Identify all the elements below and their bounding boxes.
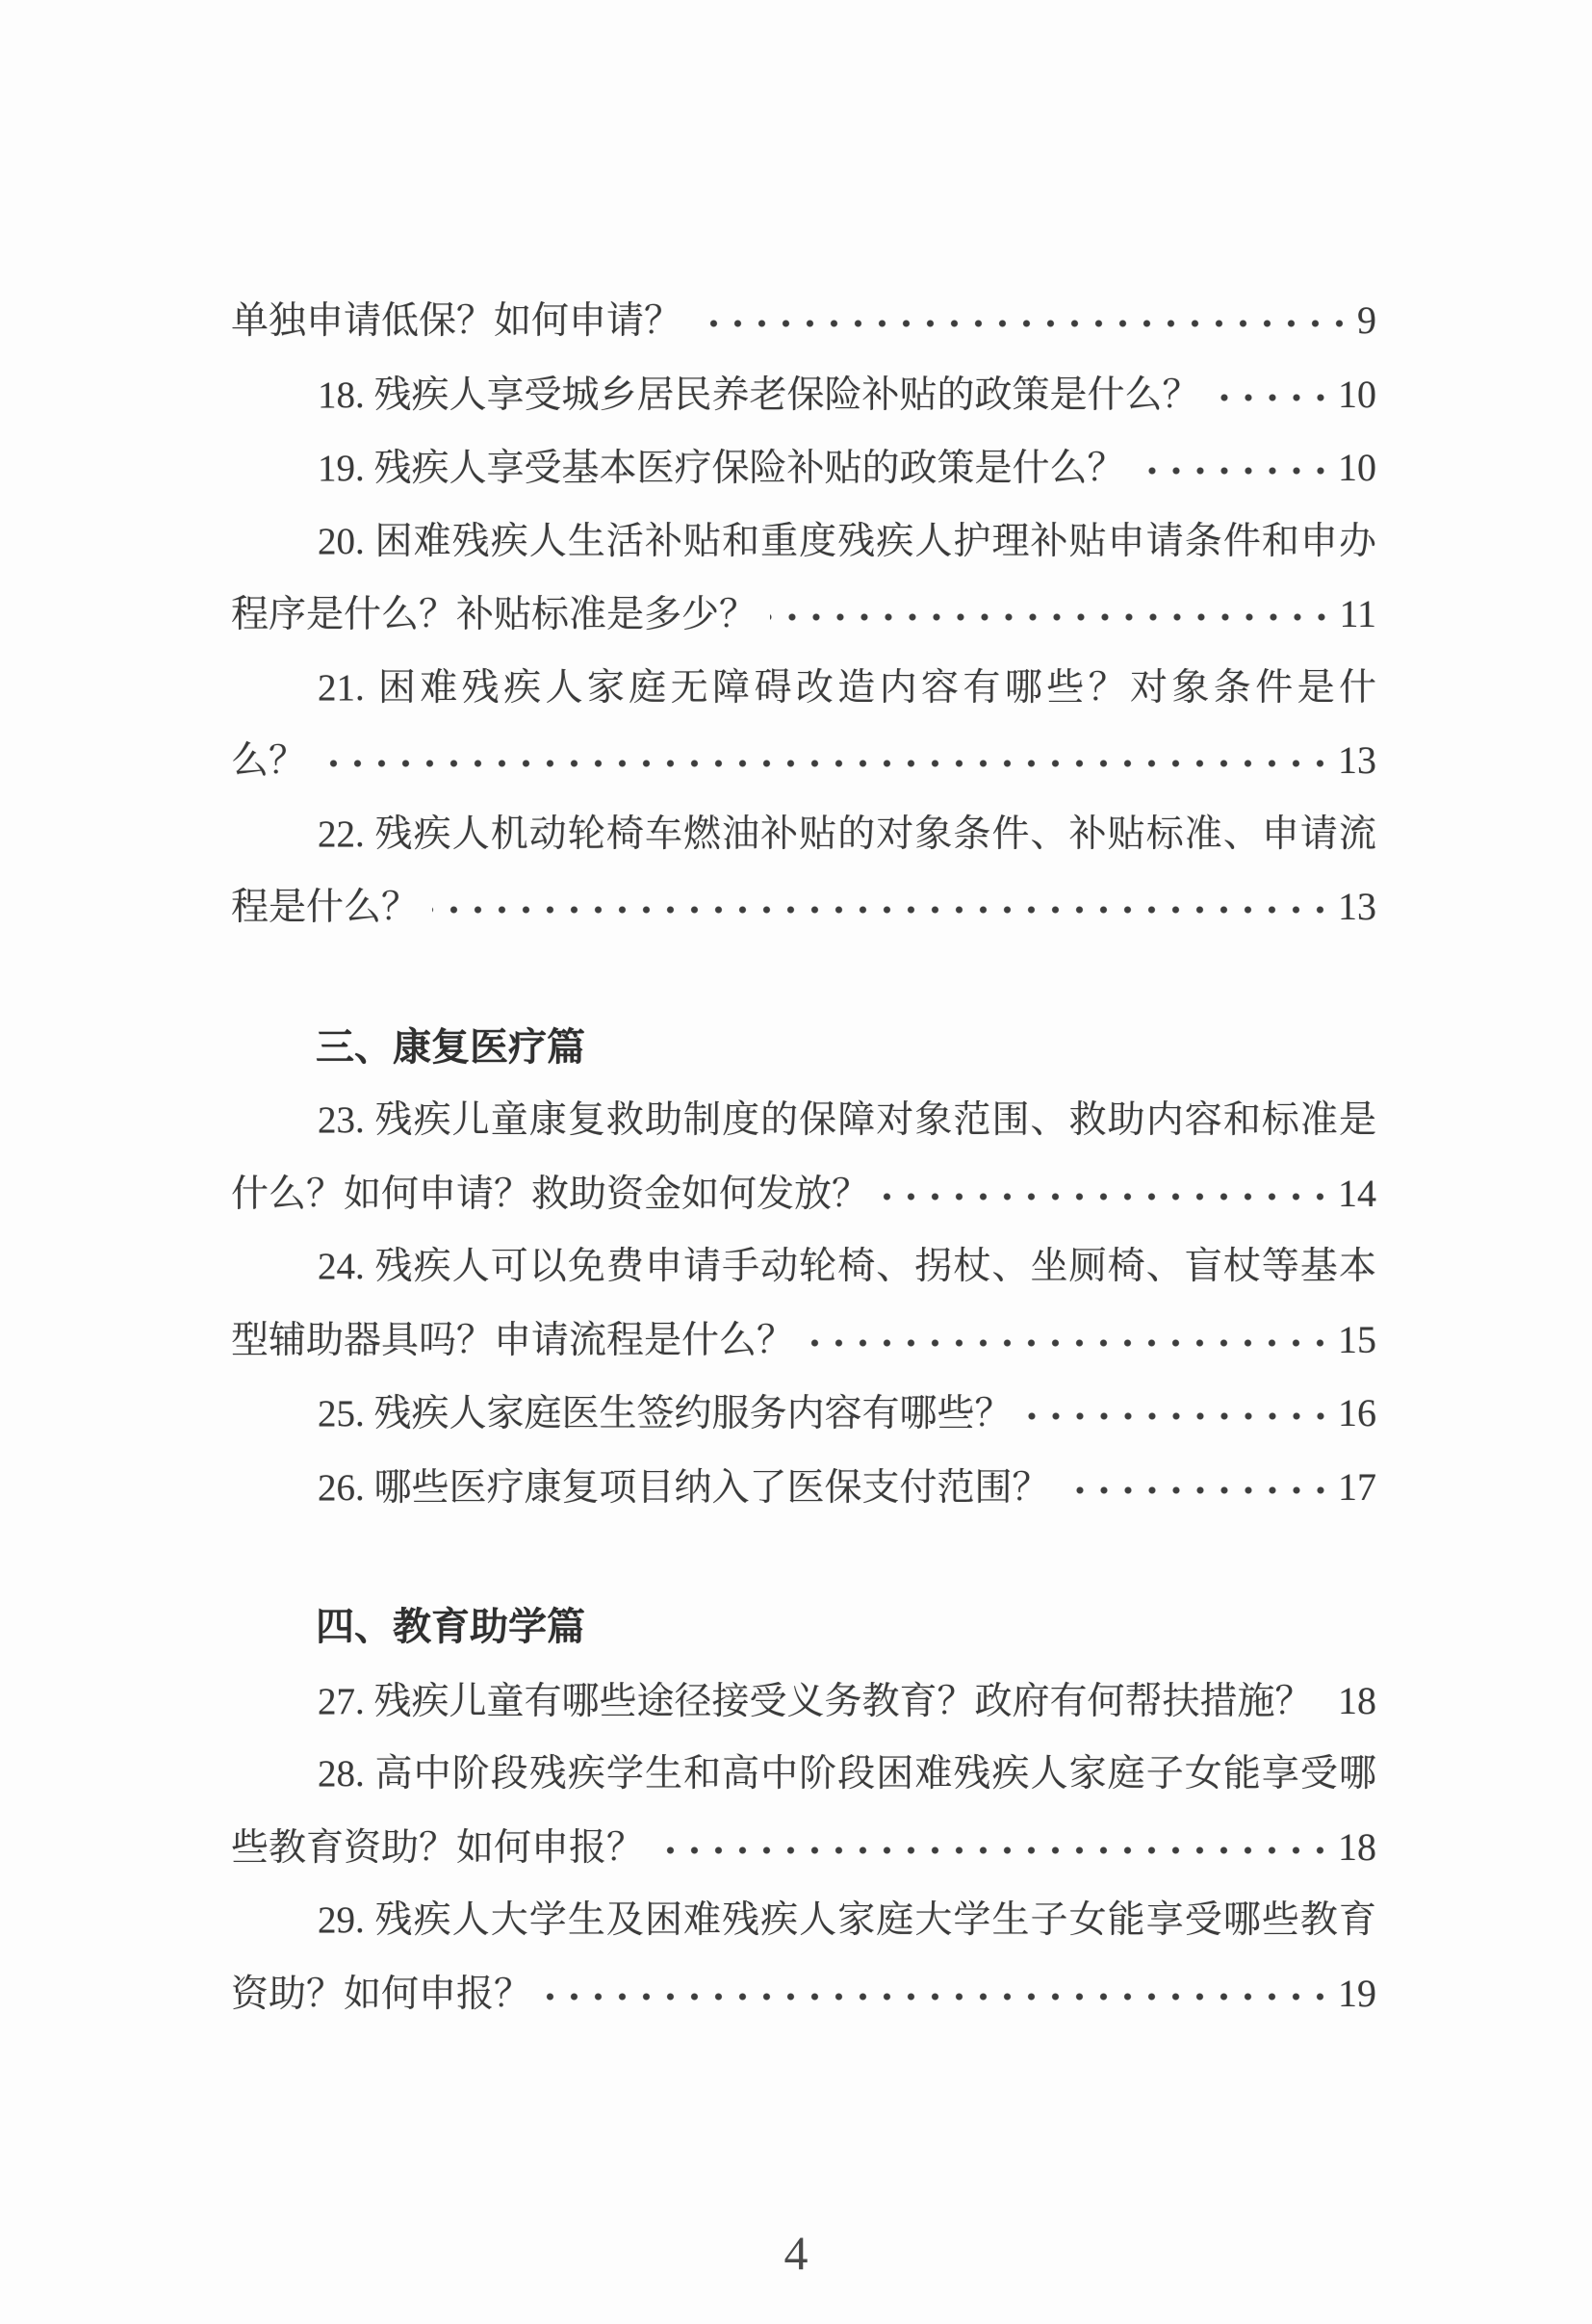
dot-leader-icon: [1214, 393, 1332, 402]
toc-entry: 单独申请低保？如何申请？ 9: [231, 284, 1376, 358]
dot-leader-icon: [320, 759, 1332, 768]
section-title: 四、教育助学篇: [316, 1605, 585, 1649]
toc-entry-text: 程序是什么？补贴标准是多少？: [231, 579, 757, 652]
dot-leader-icon: [1026, 1411, 1332, 1421]
page-ref: 17: [1338, 1451, 1376, 1524]
toc-entry-line: 21. 困难残疾人家庭无障碍改造内容有哪些？对象条件是什: [231, 652, 1376, 725]
toc-entry: 程序是什么？补贴标准是多少？ 11: [231, 578, 1376, 652]
toc-entry: 么？ 13: [231, 724, 1376, 798]
toc-entry-text: 资助？如何申报？: [231, 1958, 531, 2031]
toc-section-header: 三、康复医疗篇: [231, 1012, 1376, 1085]
dot-leader-icon: [1139, 466, 1332, 476]
toc-entry-text: 些教育资助？如何申报？: [231, 1812, 644, 1885]
toc-entry: 25. 残疾人家庭医生签约服务内容有哪些？ 16: [231, 1377, 1376, 1451]
toc-list: 单独申请低保？如何申请？ 9 18. 残疾人享受城乡居民养老保险补贴的政策是什么…: [231, 284, 1376, 2030]
page-ref: 15: [1338, 1304, 1376, 1377]
page-ref: 13: [1338, 724, 1376, 797]
dot-leader-icon: [1064, 1485, 1332, 1495]
toc-entry-line: 28. 高中阶段残疾学生和高中阶段困难残疾人家庭子女能享受哪: [231, 1738, 1376, 1811]
toc-section-header: 四、教育助学篇: [231, 1591, 1376, 1665]
document-page: 单独申请低保？如何申请？ 9 18. 残疾人享受城乡居民养老保险补贴的政策是什么…: [0, 0, 1592, 2324]
toc-entry: 18. 残疾人享受城乡居民养老保险补贴的政策是什么？ 10: [231, 358, 1376, 432]
page-ref: 14: [1338, 1157, 1376, 1230]
dot-leader-icon: [695, 319, 1351, 328]
dot-leader-icon: [432, 905, 1332, 915]
toc-entry-text: 么？: [231, 725, 306, 798]
page-ref: 11: [1339, 578, 1376, 651]
toc-entry-text: 23. 残疾儿童康复救助制度的保障对象范围、救助内容和标准是: [318, 1099, 1376, 1141]
page-ref: 13: [1338, 870, 1376, 943]
page-ref: 18: [1338, 1665, 1376, 1738]
toc-entry: 19. 残疾人享受基本医疗保险补贴的政策是什么？ 10: [231, 431, 1376, 505]
toc-entry-text: 24. 残疾人可以免费申请手动轮椅、拐杖、坐厕椅、盲杖等基本: [318, 1246, 1376, 1287]
dot-leader-icon: [808, 1338, 1332, 1348]
toc-entry-line: 24. 残疾人可以免费申请手动轮椅、拐杖、坐厕椅、盲杖等基本: [231, 1230, 1376, 1304]
toc-entry-text: 21. 困难残疾人家庭无障碍改造内容有哪些？对象条件是什: [318, 667, 1376, 709]
page-ref: 10: [1338, 358, 1376, 431]
dot-leader-icon: [545, 1992, 1332, 2001]
toc-entry-line: 23. 残疾儿童康复救助制度的保障对象范围、救助内容和标准是: [231, 1084, 1376, 1157]
toc-entry-line: 20. 困难残疾人生活补贴和重度残疾人护理补贴申请条件和申办: [231, 505, 1376, 579]
page-ref: 18: [1338, 1811, 1376, 1884]
toc-entry-text: 18. 残疾人享受城乡居民养老保险补贴的政策是什么？: [318, 359, 1200, 432]
toc-entry-text: 什么？如何申请？救助资金如何发放？: [231, 1158, 869, 1231]
toc-entry-text: 19. 残疾人享受基本医疗保险补贴的政策是什么？: [318, 432, 1125, 505]
toc-entry: 26. 哪些医疗康复项目纳入了医保支付范围？ 17: [231, 1451, 1376, 1525]
page-footer: 4: [0, 2226, 1592, 2280]
dot-leader-icon: [1326, 1699, 1332, 1709]
toc-entry: 资助？如何申报？ 19: [231, 1957, 1376, 2031]
toc-entry-text: 22. 残疾人机动轮椅车燃油补贴的对象条件、补贴标准、申请流: [318, 813, 1376, 855]
toc-entry-text: 单独申请低保？如何申请？: [231, 285, 681, 358]
page-ref: 16: [1338, 1377, 1376, 1450]
dot-leader-icon: [657, 1846, 1332, 1855]
section-title: 三、康复医疗篇: [316, 1025, 585, 1070]
toc-entry: 些教育资助？如何申报？ 18: [231, 1811, 1376, 1885]
toc-entry-text: 程是什么？: [231, 871, 419, 944]
toc-entry: 型辅助器具吗？申请流程是什么？ 15: [231, 1304, 1376, 1378]
toc-entry-text: 28. 高中阶段残疾学生和高中阶段困难残疾人家庭子女能享受哪: [318, 1753, 1376, 1795]
toc-entry-line: 29. 残疾人大学生及困难残疾人家庭大学生子女能享受哪些教育: [231, 1884, 1376, 1957]
toc-entry-text: 型辅助器具吗？申请流程是什么？: [231, 1304, 794, 1378]
toc-entry: 什么？如何申请？救助资金如何发放？ 14: [231, 1157, 1376, 1231]
toc-entry-text: 20. 困难残疾人生活补贴和重度残疾人护理补贴申请条件和申办: [318, 521, 1376, 562]
toc-entry-text: 26. 哪些医疗康复项目纳入了医保支付范围？: [318, 1452, 1050, 1525]
dot-leader-icon: [883, 1192, 1332, 1201]
toc-entry: 程是什么？ 13: [231, 870, 1376, 944]
toc-entry-text: 27. 残疾儿童有哪些途径接受义务教育？政府有何帮扶措施？: [318, 1666, 1313, 1739]
toc-entry-line: 22. 残疾人机动轮椅车燃油补贴的对象条件、补贴标准、申请流: [231, 798, 1376, 871]
toc-entry-text: 25. 残疾人家庭医生签约服务内容有哪些？: [318, 1378, 1013, 1451]
page-number: 4: [784, 2226, 809, 2280]
dot-leader-icon: [770, 612, 1333, 622]
page-ref: 9: [1357, 284, 1376, 357]
toc-entry: 27. 残疾儿童有哪些途径接受义务教育？政府有何帮扶措施？ 18: [231, 1665, 1376, 1739]
page-ref: 10: [1338, 431, 1376, 504]
toc-entry-text: 29. 残疾人大学生及困难残疾人家庭大学生子女能享受哪些教育: [318, 1899, 1376, 1941]
page-ref: 19: [1338, 1957, 1376, 2030]
